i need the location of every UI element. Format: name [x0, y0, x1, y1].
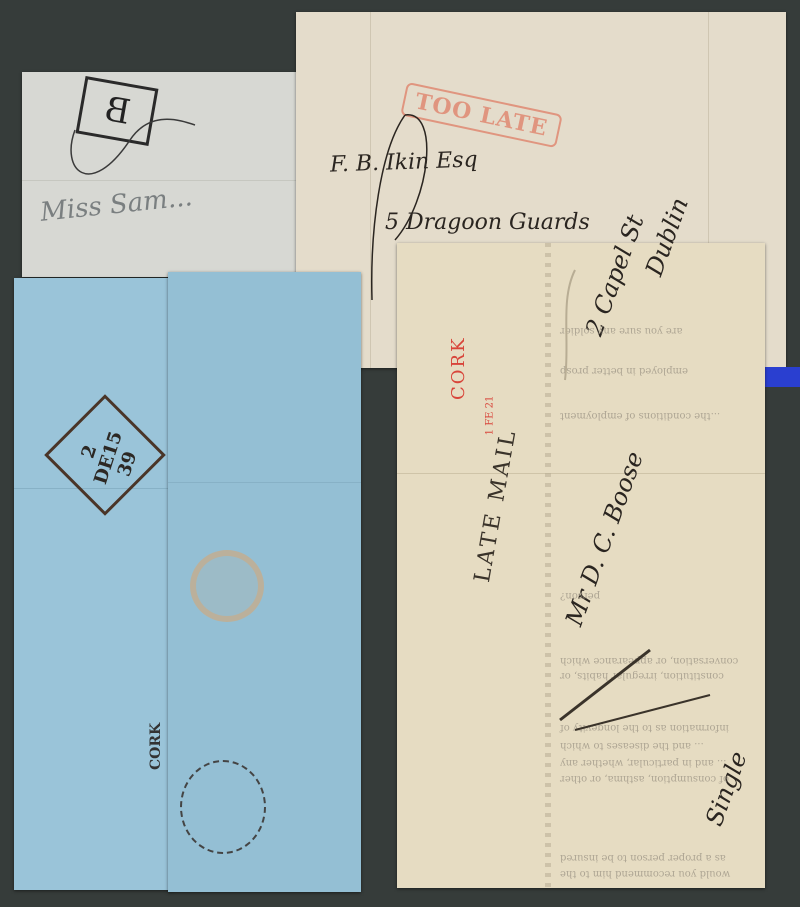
- pen-strokes: [0, 0, 800, 907]
